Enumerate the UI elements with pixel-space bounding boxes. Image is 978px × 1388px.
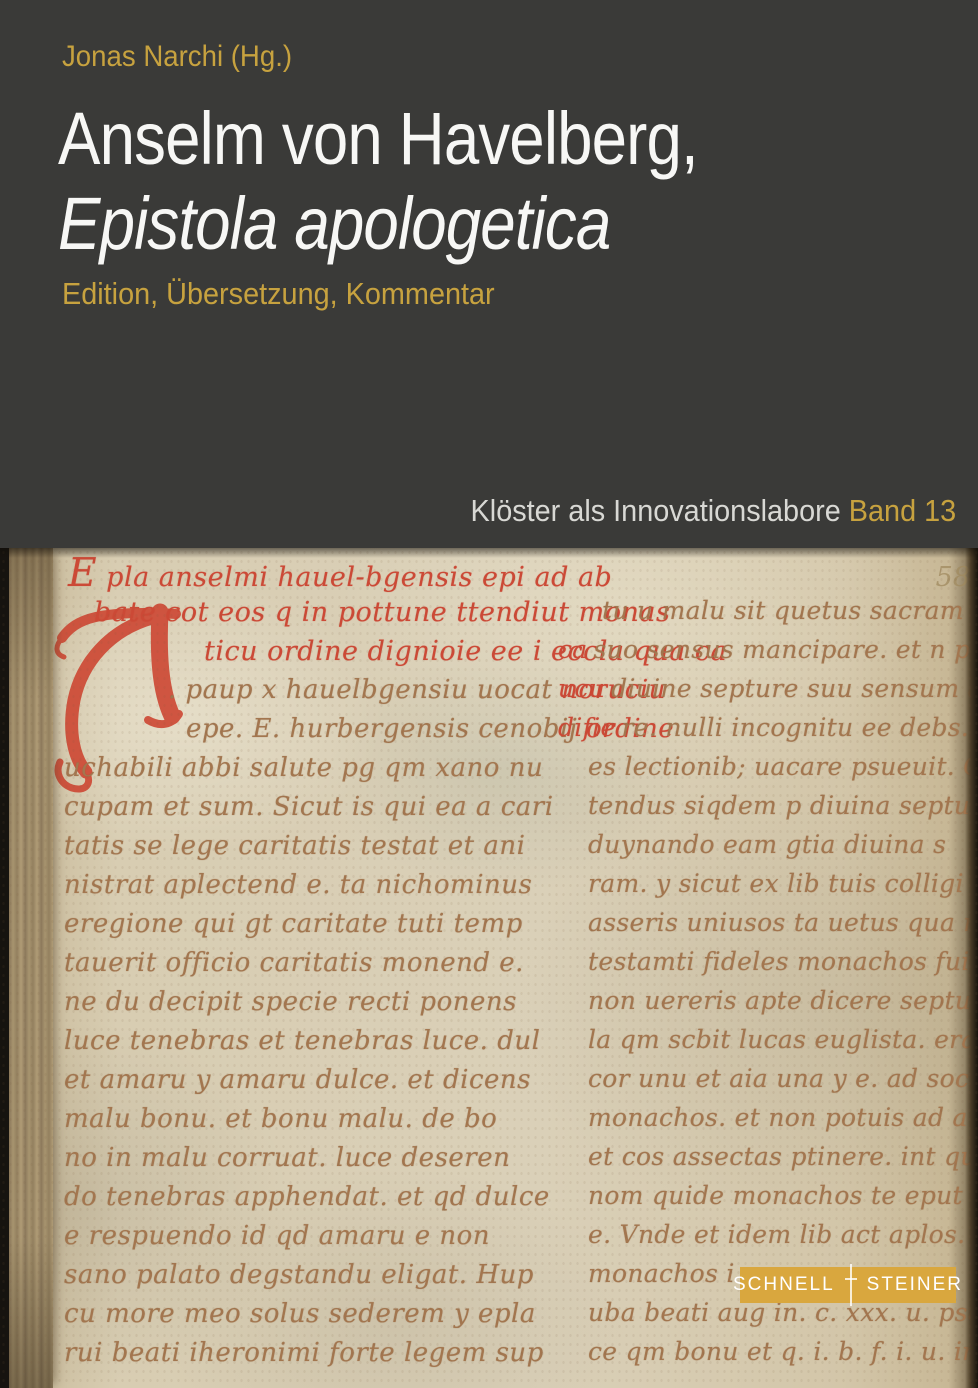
manuscript-text-line: asseris uniusos ta uetus qua n [558, 903, 978, 942]
manuscript-text-line: eregione qui gt caritate tuti temp [58, 905, 590, 944]
manuscript-text-line: cupam et sum. Sicut is qui ea a cari [58, 788, 590, 827]
text-segment: ce qm bonu et q. i. b. f. i. u. in [588, 1337, 978, 1366]
text-segment: cu more meo solus sederem y epla [64, 1299, 536, 1329]
text-segment: monachos. et non potuis ad a [588, 1103, 968, 1132]
text-segment: non uereris apte dicere septu [588, 986, 971, 1015]
manuscript-text-line: tu u malu sit quetus sacram sep [558, 591, 978, 630]
manuscript-text-line: ne du decipit specie recti ponens [58, 983, 590, 1022]
book-cover: Jonas Narchi (Hg.) Anselm von Havelberg,… [0, 0, 978, 1388]
manuscript-text-line: ce qm bonu et q. i. b. f. i. u. in [558, 1332, 978, 1371]
manuscript-text-line: et amaru y amaru dulce. et dicens [58, 1061, 590, 1100]
manuscript-text-line: non uereris apte dicere septu [558, 981, 978, 1020]
manuscript-text-line: ram. y sicut ex lib tuis colligi po [558, 864, 978, 903]
publisher-name-schnell: SCHNELL [733, 1274, 835, 1296]
manuscript-text-line: ucudiuine septure suu sensum ad [558, 669, 978, 708]
editor-name: Jonas Narchi (Hg.) [62, 40, 292, 74]
manuscript-text-line: do tenebras apphendat. et qd dulce [58, 1178, 590, 1217]
manuscript-text-line: duynando eam gtia diuina s [558, 825, 978, 864]
text-segment: ne du decipit specie recti ponens [64, 987, 517, 1017]
manuscript-text-line: rui beati iheronimi forte legem sup [58, 1334, 590, 1373]
cover-header: Jonas Narchi (Hg.) Anselm von Havelberg,… [0, 0, 978, 548]
text-segment: E pla anselmi hauel-bgensis epi ad ab [68, 562, 612, 593]
text-segment: ram. y sicut ex lib tuis colligi po [588, 869, 978, 898]
text-segment: re. nulli incognitu ee debs. q [622, 713, 978, 742]
manuscript-text-line: monachos. et non potuis ad a [558, 1098, 978, 1137]
text-segment: monachos i [588, 1259, 735, 1288]
text-segment: et cos assectas ptinere. int quo [588, 1142, 978, 1171]
manuscript-text-line: . paup x hauelbgensiu uocat noruciu [58, 671, 590, 710]
manuscript-text-line: bate cot eos q in pottune ttendiut monas [58, 593, 590, 632]
text-segment: nom quide monachos te eput [588, 1181, 963, 1210]
manuscript-text-line: e respuendo id qd amaru e non [58, 1217, 590, 1256]
text-segment: tendus siqdem p diuina septu [588, 791, 970, 820]
manuscript-text-line: malu bonu. et bonu malu. de bo [58, 1100, 590, 1139]
manuscript-text-line: casuo sensus mancipare. et n po [558, 630, 978, 669]
manuscript-text-line: luce tenebras et tenebras luce. dul [58, 1022, 590, 1061]
text-segment: tauerit officio caritatis monend e. [64, 948, 524, 978]
manuscript-text-line: nom quide monachos te eput [558, 1176, 978, 1215]
text-segment: e. Vnde et idem lib act aplos. n [588, 1220, 978, 1249]
manuscript-text-line: tatis se lege caritatis testat et ani [58, 827, 590, 866]
series-volume: Band 13 [849, 493, 956, 528]
text-segment: eregione qui gt caritate tuti temp [64, 909, 523, 939]
manuscript-text-line: tendus siqdem p diuina septu [558, 786, 978, 825]
manuscript-text-line: no in malu corruat. luce deseren [58, 1139, 590, 1178]
manuscript-text-line: nistrat aplectend e. ta nichominus [58, 866, 590, 905]
manuscript-text-line: cor unu et aia una y e. ad soci [558, 1059, 978, 1098]
text-segment: no in malu corruat. luce deseren [64, 1143, 510, 1173]
text-segment: nistrat aplectend e. ta nichominus [64, 870, 532, 900]
manuscript-text-line: tauerit officio caritatis monend e. [58, 944, 590, 983]
book-spine [0, 548, 9, 1388]
text-segment: uchabili abbi salute pg qm xano nu [64, 753, 543, 783]
manuscript-text-line: ticu ordine dignioie ee i eccla qua ca [58, 632, 590, 671]
text-segment: suo sensus mancipare. et n po [594, 635, 978, 664]
text-segment: es lectionib; uacare psueuit. C [588, 752, 978, 781]
text-segment: tu u malu sit quetus sacram sep [602, 596, 978, 625]
manuscript-text-line: e. Vnde et idem lib act aplos. n [558, 1215, 978, 1254]
manuscript-left-column: E pla anselmi hauel-bgensis epi ad abbat… [58, 554, 590, 1373]
publisher-logo: SCHNELL STEINER [740, 1267, 956, 1303]
manuscript-text-line: et cos assectas ptinere. int quo [558, 1137, 978, 1176]
text-segment: do tenebras apphendat. et qd dulce [64, 1182, 550, 1212]
text-segment: la qm scbit lucas euglista. era [588, 1025, 977, 1054]
manuscript-right-column: tu u malu sit quetus sacram sepcasuo sen… [558, 591, 978, 1371]
text-segment: asseris uniusos ta uetus qua n [588, 908, 978, 937]
manuscript-text-line: testamti fideles monachos fui [558, 942, 978, 981]
text-segment: tatis se lege caritatis testat et ani [64, 831, 525, 861]
text-segment: cor unu et aia una y e. ad soci [588, 1064, 978, 1093]
text-segment: e respuendo id qd amaru e non [64, 1221, 490, 1251]
manuscript-text-line: E pla anselmi hauel-bgensis epi ad ab [58, 554, 590, 593]
manuscript-text-line: sano palato degstandu eligat. Hup [58, 1256, 590, 1295]
manuscript-text-line: uchabili abbi salute pg qm xano nu [58, 749, 590, 788]
text-segment: . paup x hauelbgensiu uocat [168, 675, 561, 705]
text-segment: testamti fideles monachos fui [588, 947, 970, 976]
title-line-2: Epistola apologetica [58, 182, 610, 265]
text-segment: malu bonu. et bonu malu. de bo [64, 1104, 497, 1134]
subtitle: Edition, Übersetzung, Kommentar [62, 276, 495, 312]
title-line-1: Anselm von Havelberg, [58, 97, 698, 180]
manuscript-text-line: epe. E. hurbergensis cenobij ordine [58, 710, 590, 749]
publisher-name-steiner: STEINER [867, 1274, 963, 1296]
text-segment: diuine septure suu sensum ad [611, 674, 978, 703]
page-right-edge [965, 548, 978, 1388]
text-segment: epe. E. hurbergensis cenobij [186, 714, 586, 744]
manuscript-photo: 58 E pla anselmi hauel-bgensis epi ad ab… [0, 548, 978, 1388]
manuscript-text-line: es lectionib; uacare psueuit. C [558, 747, 978, 786]
manuscript-text-line: difiere. nulli incognitu ee debs. q [558, 708, 978, 747]
text-segment: difie [558, 713, 616, 742]
text-segment: et amaru y amaru dulce. et dicens [64, 1065, 531, 1095]
page-edge [9, 548, 53, 1388]
series-line: Klöster als Innovationslabore Band 13 [470, 493, 956, 529]
text-segment: ucu [558, 674, 605, 703]
text-segment: luce tenebras et tenebras luce. dul [64, 1026, 540, 1056]
series-name: Klöster als Innovationslabore [470, 493, 840, 528]
text-segment: duynando eam gtia diuina s [588, 830, 946, 859]
text-segment: cupam et sum. Sicut is qui ea a cari [64, 792, 554, 822]
text-segment: rui beati iheronimi forte legem sup [64, 1338, 544, 1368]
manuscript-text-line: cu more meo solus sederem y epla [58, 1295, 590, 1334]
publisher-cross-icon [844, 1264, 858, 1306]
text-segment: ca [558, 635, 588, 664]
text-segment: sano palato degstandu eligat. Hup [64, 1260, 534, 1290]
manuscript-text-line: la qm scbit lucas euglista. era [558, 1020, 978, 1059]
book-title: Anselm von Havelberg, Epistola apologeti… [58, 96, 698, 266]
